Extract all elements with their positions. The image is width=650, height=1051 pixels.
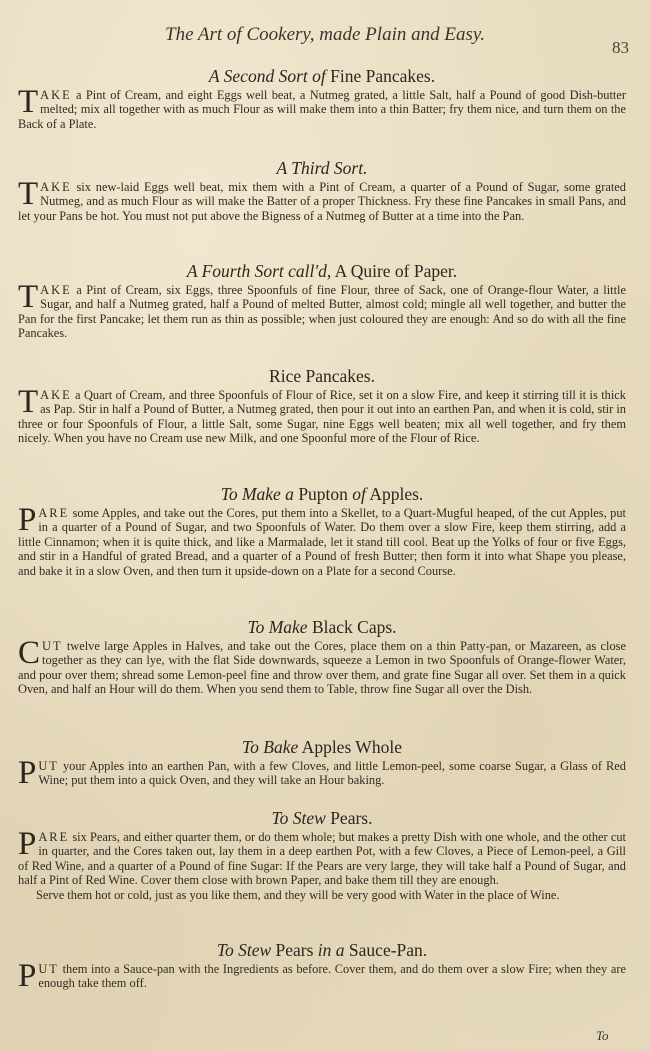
lead-word: AKE [40,283,71,297]
title-roman: Fine Pancakes. [326,66,435,86]
recipe-body: PARE some Apples, and take out the Cores… [18,506,626,578]
recipe-text: them into a Sauce-pan with the Ingredien… [38,962,626,990]
title-italic: To Stew [272,808,326,828]
recipe-text: a Quart of Cream, and three Spoonfuls of… [18,388,626,445]
lead-word: AKE [40,88,71,102]
recipe-body: TAKE six new-laid Eggs well beat, mix th… [18,180,626,223]
recipe-text: twelve large Apples in Halves, and take … [18,639,626,696]
title-italic: A Fourth Sort call'd, [187,261,331,281]
recipe-title: A Second Sort of Fine Pancakes. [18,66,626,86]
title-roman: Pears [271,940,318,960]
drop-cap: P [18,506,36,534]
title-roman: Sauce-Pan. [345,940,428,960]
recipe-body-note: Serve them hot or cold, just as you like… [18,888,626,902]
recipe-second-sort-pancakes: A Second Sort of Fine Pancakes. TAKE a P… [18,66,626,131]
recipe-title: A Third Sort. [18,158,626,178]
lead-word: ARE [38,506,69,520]
title-italic: To Make [247,617,307,637]
title-roman: Black Caps. [308,617,397,637]
recipe-pupton-of-apples: To Make a Pupton of Apples. PARE some Ap… [18,484,626,578]
recipe-third-sort: A Third Sort. TAKE six new-laid Eggs wel… [18,158,626,223]
drop-cap: P [18,759,36,787]
page-number: 83 [612,38,629,58]
recipe-text: a Pint of Cream, and eight Eggs well bea… [18,88,626,131]
recipe-body: PARE six Pears, and either quarter them,… [18,830,626,888]
drop-cap: P [18,830,36,858]
recipe-rice-pancakes: Rice Pancakes. TAKE a Quart of Cream, an… [18,366,626,446]
recipe-title: To Stew Pears. [18,808,626,828]
recipe-body: CUT twelve large Apples in Halves, and t… [18,639,626,697]
recipe-text: a Pint of Cream, six Eggs, three Spoonfu… [18,283,626,340]
lead-word: AKE [40,180,71,194]
running-head: The Art of Cookery, made Plain and Easy. [0,24,650,46]
drop-cap: C [18,639,40,667]
title-roman: A Quire of Paper. [331,261,457,281]
recipe-black-caps: To Make Black Caps. CUT twelve large App… [18,617,626,697]
recipe-title: To Make a Pupton of Apples. [18,484,626,504]
recipe-body: TAKE a Pint of Cream, six Eggs, three Sp… [18,283,626,341]
recipe-body: TAKE a Pint of Cream, and eight Eggs wel… [18,88,626,131]
title-italic: of [352,484,366,504]
catchword: To [596,1028,609,1044]
drop-cap: P [18,962,36,990]
drop-cap: T [18,88,38,116]
title-roman: Rice Pancakes. [269,366,375,386]
recipe-title: To Stew Pears in a Sauce-Pan. [18,940,626,960]
lead-word: UT [38,759,59,773]
lead-word: AKE [40,388,71,402]
recipe-bake-apples-whole: To Bake Apples Whole PUT your Apples int… [18,737,626,788]
recipe-quire-of-paper: A Fourth Sort call'd, A Quire of Paper. … [18,261,626,341]
recipe-stew-pears: To Stew Pears. PARE six Pears, and eithe… [18,808,626,902]
recipe-stew-pears-sauce-pan: To Stew Pears in a Sauce-Pan. PUT them i… [18,940,626,991]
recipe-text: some Apples, and take out the Cores, put… [18,506,626,578]
title-roman: Apples. [366,484,423,504]
title-roman: Pears. [326,808,373,828]
title-italic: in a [318,940,345,960]
title-italic: A Third Sort. [277,158,368,178]
recipe-text: your Apples into an earthen Pan, with a … [38,759,626,787]
book-page: The Art of Cookery, made Plain and Easy.… [0,0,650,1051]
title-roman: Pupton [294,484,352,504]
lead-word: ARE [38,830,69,844]
recipe-body: PUT your Apples into an earthen Pan, wit… [18,759,626,788]
drop-cap: T [18,283,38,311]
lead-word: UT [38,962,59,976]
drop-cap: T [18,180,38,208]
title-italic: To Make a [221,484,294,504]
title-roman: Apples Whole [298,737,402,757]
title-italic: A Second Sort of [209,66,326,86]
recipe-text: six Pears, and either quarter them, or d… [18,830,626,887]
title-italic: To Bake [242,737,298,757]
drop-cap: T [18,388,38,416]
recipe-text: six new-laid Eggs well beat, mix them wi… [18,180,626,223]
recipe-title: A Fourth Sort call'd, A Quire of Paper. [18,261,626,281]
recipe-title: To Bake Apples Whole [18,737,626,757]
recipe-body: TAKE a Quart of Cream, and three Spoonfu… [18,388,626,446]
title-italic: To Stew [217,940,271,960]
recipe-title: Rice Pancakes. [18,366,626,386]
lead-word: UT [42,639,63,653]
recipe-title: To Make Black Caps. [18,617,626,637]
recipe-body: PUT them into a Sauce-pan with the Ingre… [18,962,626,991]
